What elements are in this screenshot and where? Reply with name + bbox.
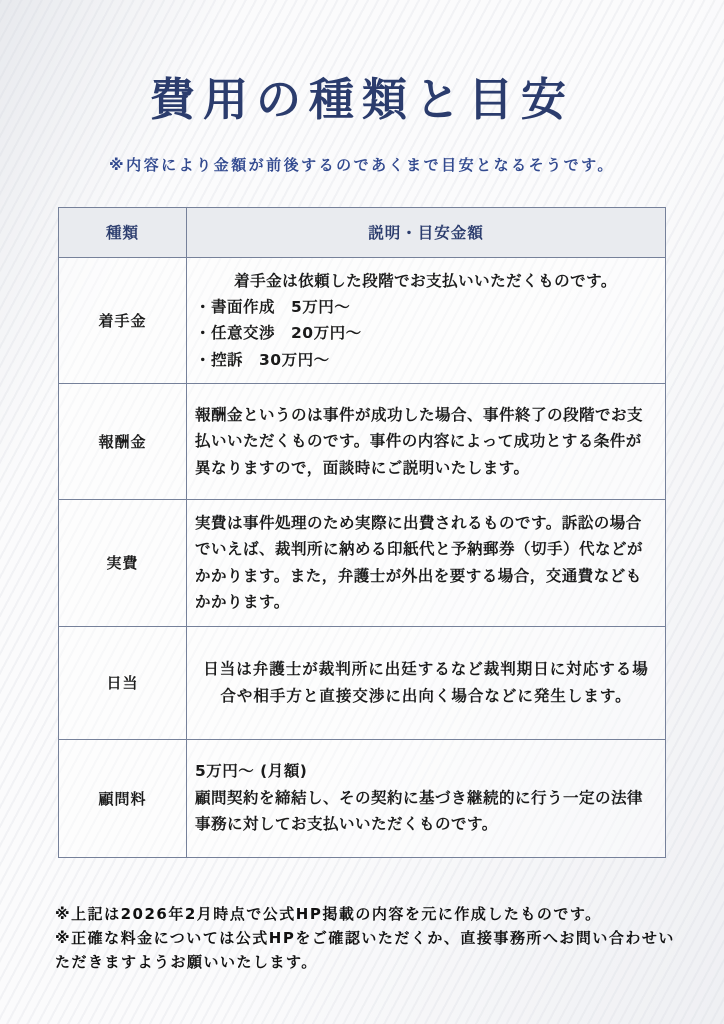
column-header-type: 種類 xyxy=(59,207,187,257)
fee-desc-cell: 報酬金というのは事件が成功した場合、事件終了の段階でお支払いいただくものです。事… xyxy=(187,384,666,500)
fee-desc-cell: 5万円～ (月額) 顧問契約を締結し、その契約に基づき継続的に行う一定の法律事務… xyxy=(187,739,666,857)
disclaimer-note: ※内容により金額が前後するのであくまで目安となるそうです。 xyxy=(0,154,724,175)
fee-type-cell: 実費 xyxy=(59,500,187,626)
page: 費用の種類と目安 ※内容により金額が前後するのであくまで目安となるそうです。 種… xyxy=(0,0,724,1024)
footnote-line: ※上記は2026年2月時点で公式HP掲載の内容を元に作成したものです。 xyxy=(55,902,675,926)
bullet-line: ・任意交渉 20万円～ xyxy=(195,320,656,346)
footnote-line: ※正確な料金については公式HPをご確認いただくか、直接事務所へお問い合わせいただ… xyxy=(55,926,675,975)
fee-type-cell: 日当 xyxy=(59,626,187,739)
desc-intro-line: 着手金は依頼した段階でお支払いいただくものです。 xyxy=(195,268,656,294)
price-line: 5万円～ (月額) xyxy=(195,758,656,784)
fee-row: 顧問料 5万円～ (月額) 顧問契約を締結し、その契約に基づき継続的に行う一定の… xyxy=(59,739,666,857)
fee-table: 種類 説明・目安金額 着手金 着手金は依頼した段階でお支払いいただくものです。 … xyxy=(58,207,666,858)
bullet-line: ・控訴 30万円～ xyxy=(195,347,656,373)
fee-row: 実費 実費は事件処理のため実際に出費されるものです。訴訟の場合でいえば、裁判所に… xyxy=(59,500,666,626)
fee-desc-cell: 実費は事件処理のため実際に出費されるものです。訴訟の場合でいえば、裁判所に納める… xyxy=(187,500,666,626)
desc-body-line: 顧問契約を締結し、その契約に基づき継続的に行う一定の法律事務に対してお支払いいた… xyxy=(195,785,656,838)
column-header-description: 説明・目安金額 xyxy=(187,207,666,257)
fee-row: 報酬金 報酬金というのは事件が成功した場合、事件終了の段階でお支払いいただくもの… xyxy=(59,384,666,500)
bullet-line: ・書面作成 5万円～ xyxy=(195,294,656,320)
footnotes: ※上記は2026年2月時点で公式HP掲載の内容を元に作成したものです。 ※正確な… xyxy=(55,902,675,975)
fee-desc-cell: 着手金は依頼した段階でお支払いいただくものです。 ・書面作成 5万円～ ・任意交… xyxy=(187,257,666,383)
fee-type-cell: 着手金 xyxy=(59,257,187,383)
fee-row: 日当 日当は弁護士が裁判所に出廷するなど裁判期日に対応する場合や相手方と直接交渉… xyxy=(59,626,666,739)
fee-row: 着手金 着手金は依頼した段階でお支払いいただくものです。 ・書面作成 5万円～ … xyxy=(59,257,666,383)
table-header-row: 種類 説明・目安金額 xyxy=(59,207,666,257)
fee-desc-cell: 日当は弁護士が裁判所に出廷するなど裁判期日に対応する場合や相手方と直接交渉に出向… xyxy=(187,626,666,739)
fee-type-cell: 顧問料 xyxy=(59,739,187,857)
page-title: 費用の種類と目安 xyxy=(0,0,724,126)
fee-type-cell: 報酬金 xyxy=(59,384,187,500)
